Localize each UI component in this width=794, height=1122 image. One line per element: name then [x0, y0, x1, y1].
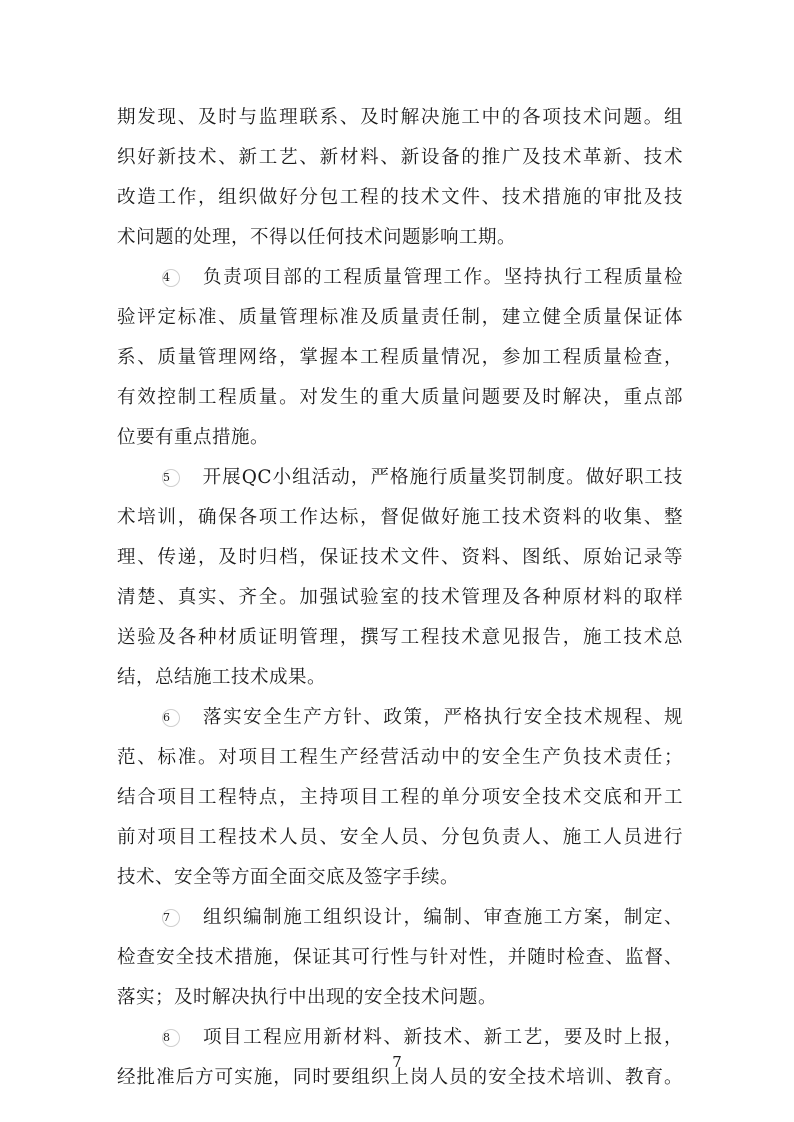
page-number: 7: [0, 1053, 794, 1071]
circled-number-8: 8: [162, 1029, 180, 1047]
text-line: 检查安全技术措施，保证其可行性与针对性，并随时检查、监督、: [117, 938, 683, 978]
circled-number-4: 4: [162, 269, 180, 287]
paragraph-continuation: 期发现、及时与监理联系、及时解决施工中的各项技术问题。组 织好新技术、新工艺、新…: [117, 98, 683, 258]
text-line: 6落实安全生产方针、政策，严格执行安全技术规程、规: [117, 698, 683, 738]
circled-number-5: 5: [162, 469, 180, 487]
text-line: 4负责项目部的工程质量管理工作。坚持执行工程质量检: [117, 258, 683, 298]
text-line: 清楚、真实、齐全。加强试验室的技术管理及各种原材料的取样: [117, 578, 683, 618]
circled-number-7: 7: [162, 909, 180, 927]
text-line: 7组织编制施工组织设计，编制、审查施工方案，制定、: [117, 898, 683, 938]
text-line: 技术、安全等方面全面交底及签字手续。: [117, 858, 683, 898]
paragraph-item-7: 7组织编制施工组织设计，编制、审查施工方案，制定、 检查安全技术措施，保证其可行…: [117, 898, 683, 1018]
circled-number-6: 6: [162, 709, 180, 727]
text-line: 结合项目工程特点，主持项目工程的单分项安全技术交底和开工: [117, 778, 683, 818]
text-line-content: 开展QC小组活动，严格施行质量奖罚制度。做好职工技: [202, 467, 683, 488]
text-line-content: 负责项目部的工程质量管理工作。坚持执行工程质量检: [202, 267, 683, 288]
paragraph-item-5: 5开展QC小组活动，严格施行质量奖罚制度。做好职工技 术培训，确保各项工作达标，…: [117, 458, 683, 698]
text-line: 理、传递，及时归档，保证技术文件、资料、图纸、原始记录等: [117, 538, 683, 578]
text-line: 期发现、及时与监理联系、及时解决施工中的各项技术问题。组: [117, 98, 683, 138]
text-line-content: 组织编制施工组织设计，编制、审查施工方案，制定、: [202, 907, 683, 928]
text-line: 织好新技术、新工艺、新材料、新设备的推广及技术革新、技术: [117, 138, 683, 178]
paragraph-item-6: 6落实安全生产方针、政策，严格执行安全技术规程、规 范、标准。对项目工程生产经营…: [117, 698, 683, 898]
text-line: 落实；及时解决执行中出现的安全技术问题。: [117, 978, 683, 1018]
text-line: 8项目工程应用新材料、新技术、新工艺，要及时上报，: [117, 1018, 683, 1058]
text-line-content: 项目工程应用新材料、新技术、新工艺，要及时上报，: [202, 1027, 683, 1048]
text-line: 范、标准。对项目工程生产经营活动中的安全生产负技术责任；: [117, 738, 683, 778]
text-line: 系、质量管理网络，掌握本工程质量情况，参加工程质量检查，: [117, 338, 683, 378]
text-line: 验评定标准、质量管理标准及质量责任制，建立健全质量保证体: [117, 298, 683, 338]
text-line: 改造工作，组织做好分包工程的技术文件、技术措施的审批及技: [117, 178, 683, 218]
text-line: 术培训，确保各项工作达标，督促做好施工技术资料的收集、整: [117, 498, 683, 538]
paragraph-item-4: 4负责项目部的工程质量管理工作。坚持执行工程质量检 验评定标准、质量管理标准及质…: [117, 258, 683, 458]
text-line: 有效控制工程质量。对发生的重大质量问题要及时解决，重点部: [117, 378, 683, 418]
text-line: 5开展QC小组活动，严格施行质量奖罚制度。做好职工技: [117, 458, 683, 498]
text-line: 前对项目工程技术人员、安全人员、分包负责人、施工人员进行: [117, 818, 683, 858]
text-line: 送验及各种材质证明管理，撰写工程技术意见报告，施工技术总: [117, 618, 683, 658]
text-line: 术问题的处理，不得以任何技术问题影响工期。: [117, 218, 683, 258]
text-line-content: 落实安全生产方针、政策，严格执行安全技术规程、规: [202, 707, 683, 728]
text-line: 结，总结施工技术成果。: [117, 658, 683, 698]
document-page: 期发现、及时与监理联系、及时解决施工中的各项技术问题。组 织好新技术、新工艺、新…: [117, 98, 683, 1098]
text-line: 位要有重点措施。: [117, 418, 683, 458]
